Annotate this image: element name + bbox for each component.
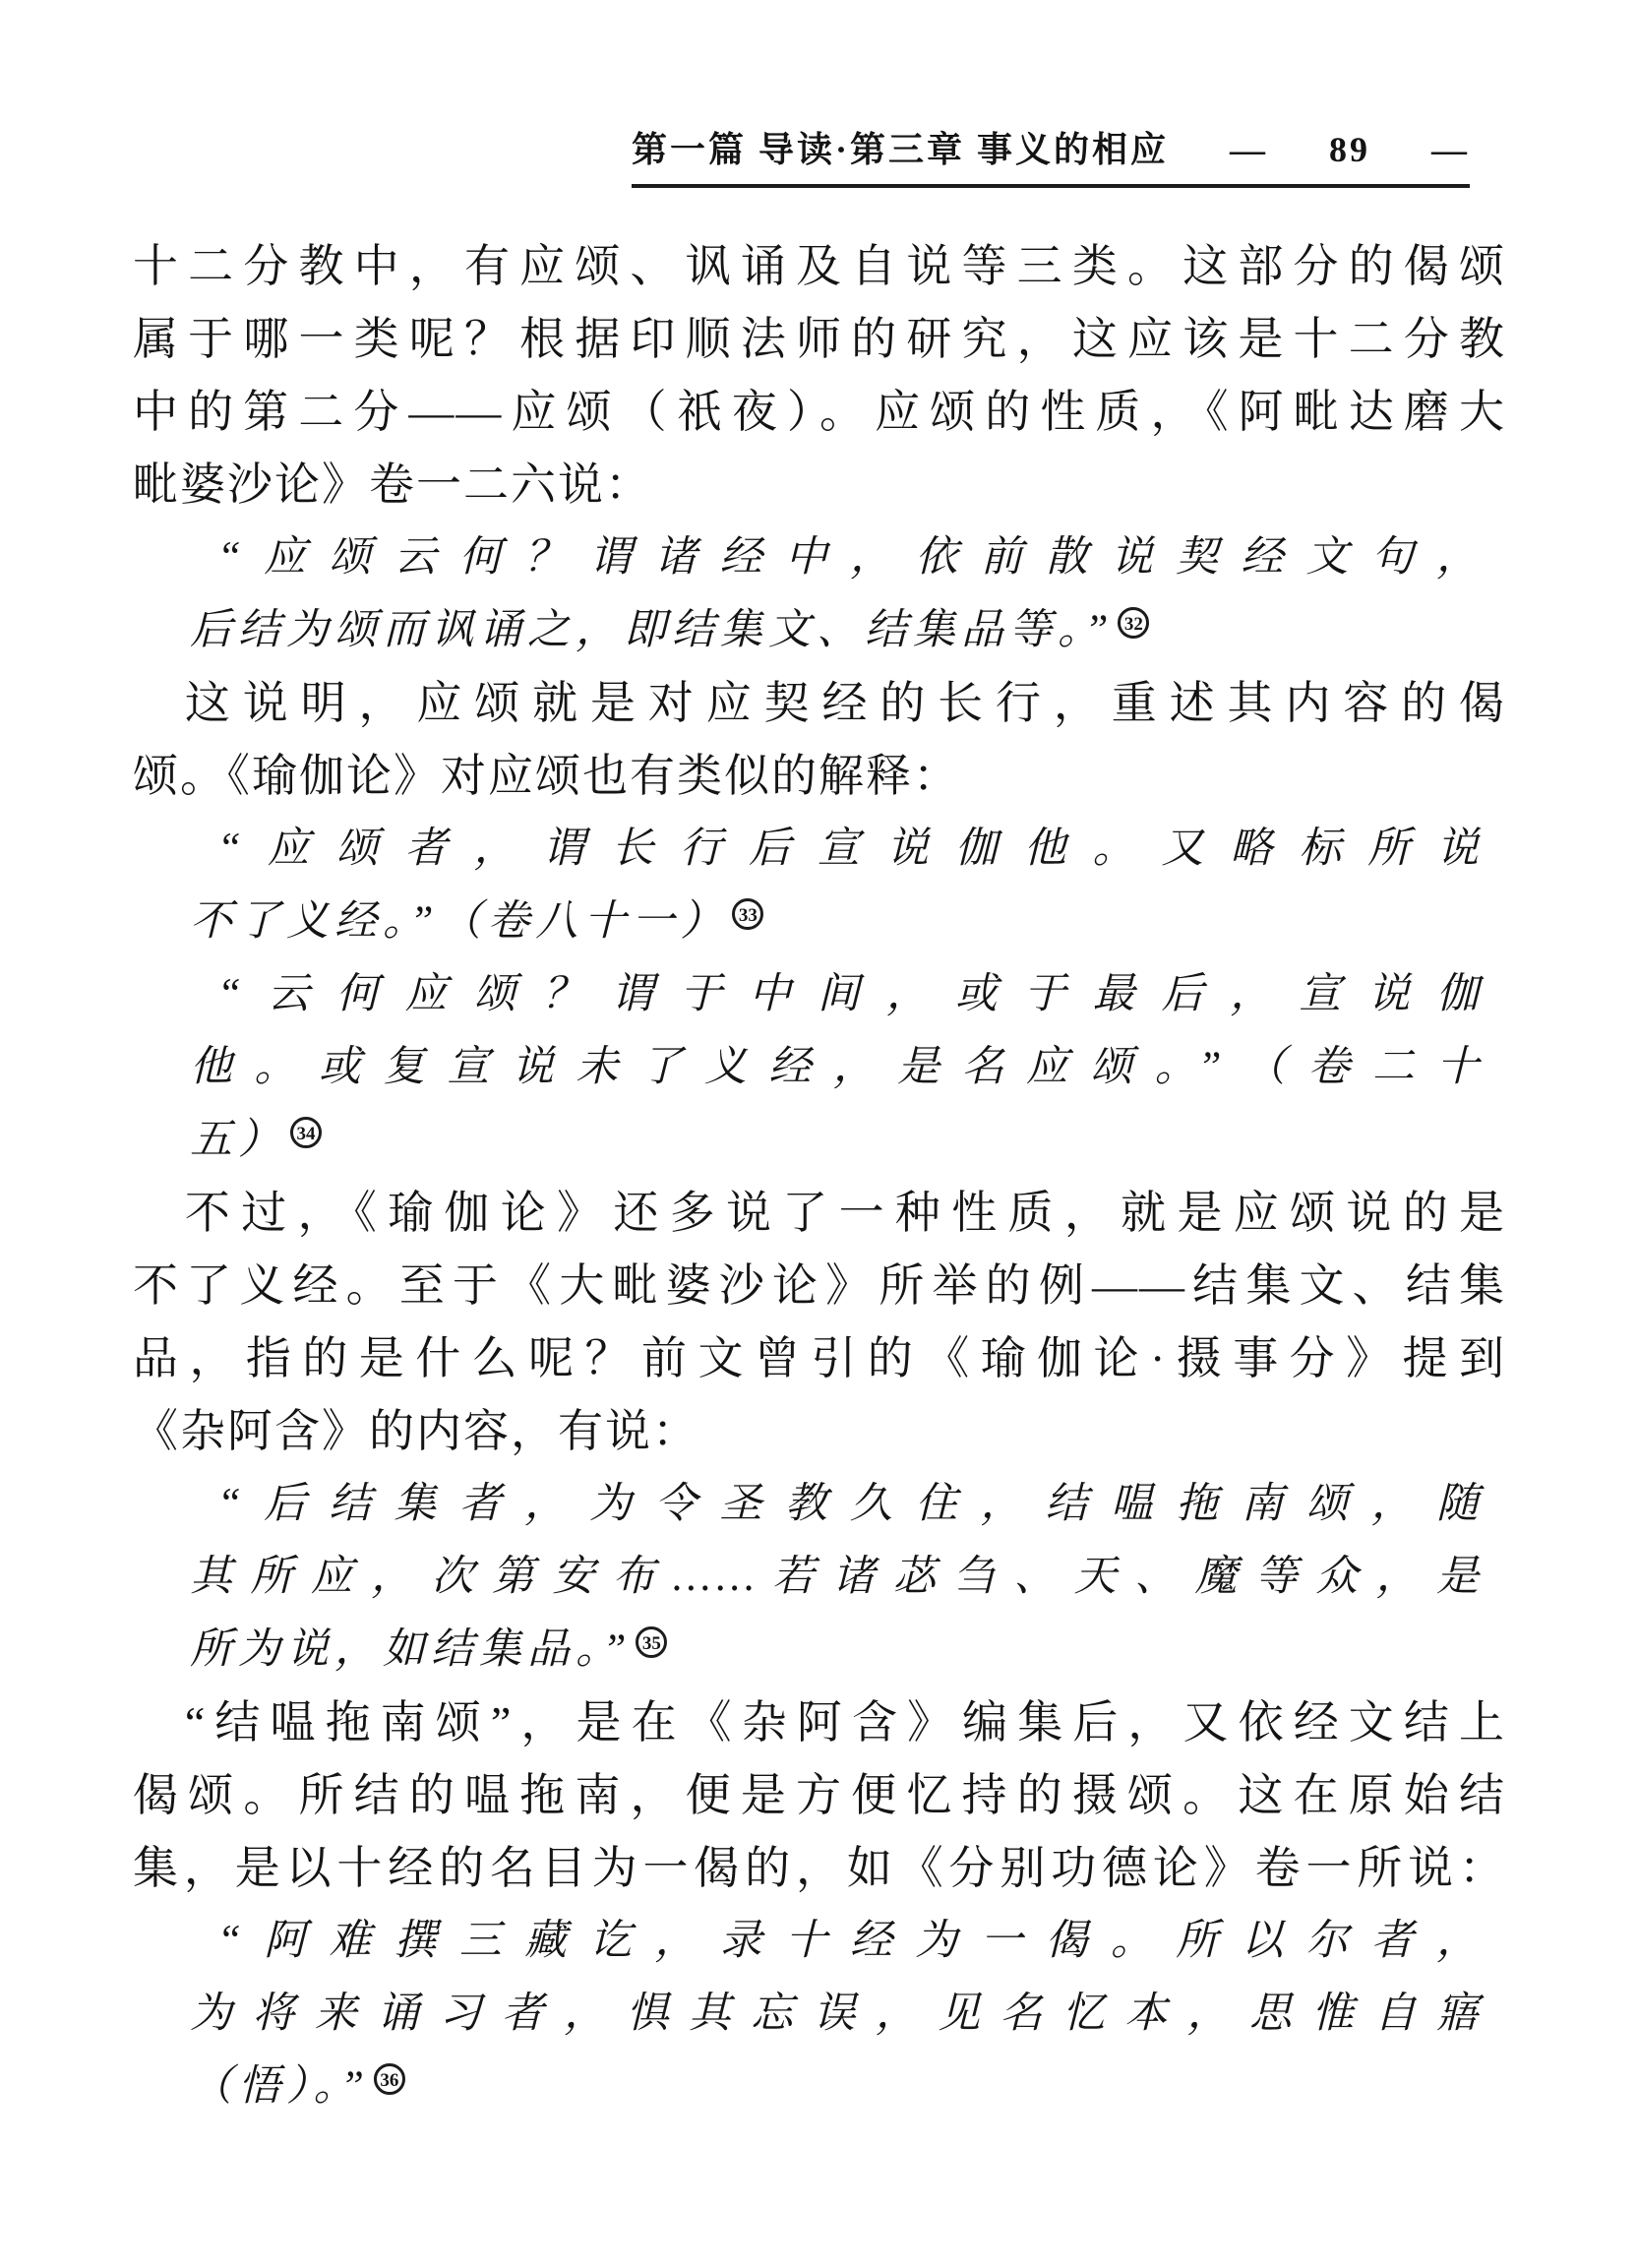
line-text: “应颂者，谓长行后宣说伽他。又略标所说	[217, 826, 1485, 872]
footnote-ref: 32	[1118, 607, 1149, 639]
text-line: 毗婆沙论》卷一二六说：	[133, 449, 1506, 521]
line-text: 为将来诵习者，惧其忘误，见名忆本，思惟自寤	[190, 1991, 1485, 2037]
text-line: 颂。《瑜伽论》对应颂也有类似的解释：	[133, 740, 1506, 813]
text-line: 中的第二分——应颂（祇夜）。应颂的性质，《阿毗达磨大	[133, 376, 1506, 449]
header-section-title: 第一篇 导读·第三章 事义的相应	[632, 122, 1169, 172]
text-line: 十二分教中，有应颂、讽诵及自说等三类。这部分的偈颂	[133, 230, 1506, 303]
footnote-ref: 34	[290, 1117, 322, 1148]
line-text: 十二分教中，有应颂、讽诵及自说等三类。这部分的偈颂	[133, 241, 1506, 291]
text-line: 不过，《瑜伽论》还多说了一种性质，就是应颂说的是	[133, 1177, 1506, 1250]
line-text: 毗婆沙论》卷一二六说：	[133, 460, 652, 510]
footnote-ref: 33	[732, 898, 763, 930]
line-text: 五）	[190, 1117, 286, 1163]
header-dash-right: —	[1431, 129, 1470, 170]
book-page: 第一篇 导读·第三章 事义的相应 — 89 — 十二分教中，有应颂、讽诵及自说等…	[0, 0, 1637, 2268]
line-text: 中的第二分——应颂（祇夜）。应颂的性质，《阿毗达磨大	[133, 387, 1506, 437]
header-dash-left: —	[1230, 129, 1268, 170]
quote-line: （悟）。”36	[190, 2051, 1485, 2123]
text-line: 《杂阿含》的内容，有说：	[133, 1395, 1506, 1468]
footnote-ref: 36	[374, 2063, 405, 2095]
quote-line: 不了义经。”（卷八十一）33	[190, 886, 1485, 958]
line-text: “应颂云何？谓诸经中，依前散说契经文句，	[217, 534, 1485, 581]
quote-line: 后结为颂而讽诵之，即结集文、结集品等。”32	[190, 594, 1485, 667]
line-text: 所为说，如结集品。”	[190, 1626, 632, 1673]
text-line: 这说明，应颂就是对应契经的长行，重述其内容的偈	[133, 667, 1506, 740]
line-text: 不了义经。至于《大毗婆沙论》所举的例——结集文、结集	[133, 1260, 1506, 1311]
line-text: 属于哪一类呢？根据印顺法师的研究，这应该是十二分教	[133, 314, 1506, 364]
line-text: 不了义经。”（卷八十一）	[190, 898, 728, 945]
line-text: 《杂阿含》的内容，有说：	[133, 1406, 699, 1456]
quote-line: “后结集者，为令圣教久住，结嗢拖南颂，随	[190, 1468, 1485, 1541]
line-text: 品，指的是什么呢？前文曾引的《瑜伽论·摄事分》提到	[133, 1333, 1506, 1383]
text-line: 集，是以十经的名目为一偈的，如《分别功德论》卷一所说：	[133, 1832, 1506, 1905]
line-text: （悟）。”	[190, 2063, 370, 2110]
line-text: 偈颂。所结的嗢拖南，便是方便忆持的摄颂。这在原始结	[133, 1770, 1506, 1820]
text-line: 属于哪一类呢？根据印顺法师的研究，这应该是十二分教	[133, 303, 1506, 376]
line-text: “结嗢拖南颂”，是在《杂阿含》编集后，又依经文结上	[185, 1697, 1506, 1747]
text-line: 不了义经。至于《大毗婆沙论》所举的例——结集文、结集	[133, 1250, 1506, 1322]
line-text: 不过，《瑜伽论》还多说了一种性质，就是应颂说的是	[185, 1188, 1506, 1238]
line-text: “云何应颂？谓于中间，或于最后，宣说伽	[217, 971, 1485, 1017]
line-text: 他。或复宣说未了义经，是名应颂。”（卷二十	[190, 1044, 1485, 1090]
quote-line: “阿难撰三藏讫，录十经为一偈。所以尔者，	[190, 1905, 1485, 1978]
line-text: 颂。《瑜伽论》对应颂也有类似的解释：	[133, 751, 960, 801]
quote-line: 所为说，如结集品。”35	[190, 1614, 1485, 1686]
line-text: “阿难撰三藏讫，录十经为一偈。所以尔者，	[217, 1918, 1485, 1964]
quote-line: “应颂者，谓长行后宣说伽他。又略标所说	[190, 813, 1485, 886]
line-text: 集，是以十经的名目为一偈的，如《分别功德论》卷一所说：	[133, 1843, 1506, 1893]
line-text: 这说明，应颂就是对应契经的长行，重述其内容的偈	[185, 678, 1506, 728]
page-number: 89	[1329, 129, 1370, 170]
text-line: 偈颂。所结的嗢拖南，便是方便忆持的摄颂。这在原始结	[133, 1759, 1506, 1832]
quote-line: 他。或复宣说未了义经，是名应颂。”（卷二十	[190, 1031, 1485, 1104]
line-text: “后结集者，为令圣教久住，结嗢拖南颂，随	[217, 1481, 1485, 1527]
body-text: 十二分教中，有应颂、讽诵及自说等三类。这部分的偈颂属于哪一类呢？根据印顺法师的研…	[133, 230, 1506, 2123]
text-line: “结嗢拖南颂”，是在《杂阿含》编集后，又依经文结上	[133, 1686, 1506, 1759]
line-text: 其所应，次第安布……若诸苾刍、天、魔等众，是	[190, 1554, 1485, 1600]
running-header: 第一篇 导读·第三章 事义的相应 — 89 —	[632, 122, 1470, 188]
quote-line: 其所应，次第安布……若诸苾刍、天、魔等众，是	[190, 1541, 1485, 1614]
line-text: 后结为颂而讽诵之，即结集文、结集品等。”	[190, 607, 1114, 653]
quote-line: “云何应颂？谓于中间，或于最后，宣说伽	[190, 958, 1485, 1031]
footnote-ref: 35	[636, 1626, 667, 1658]
quote-line: “应颂云何？谓诸经中，依前散说契经文句，	[190, 521, 1485, 594]
quote-line: 为将来诵习者，惧其忘误，见名忆本，思惟自寤	[190, 1978, 1485, 2051]
quote-line: 五）34	[190, 1104, 1485, 1177]
text-line: 品，指的是什么呢？前文曾引的《瑜伽论·摄事分》提到	[133, 1322, 1506, 1395]
